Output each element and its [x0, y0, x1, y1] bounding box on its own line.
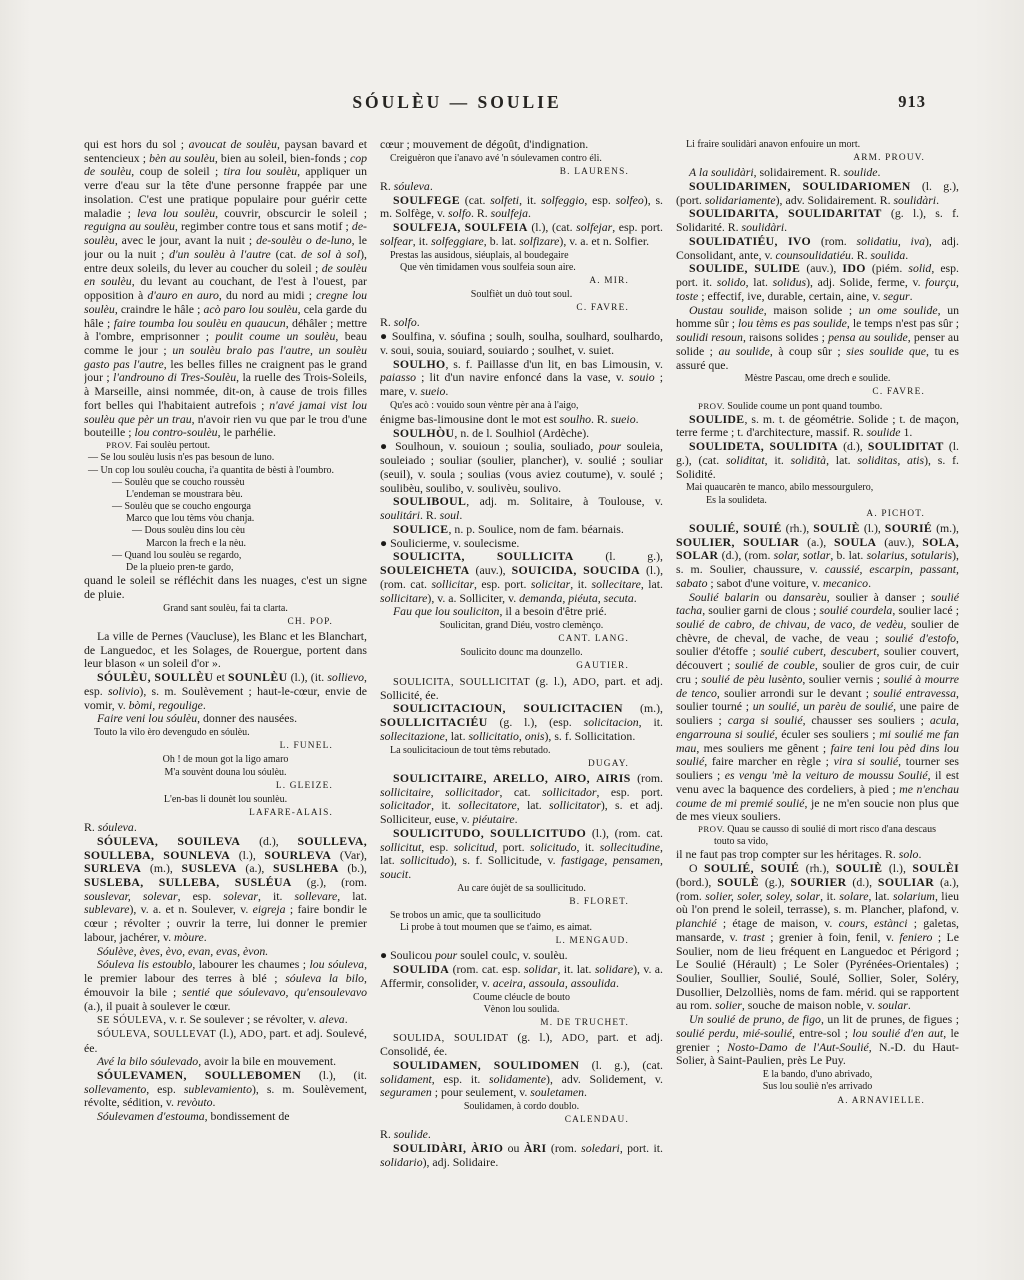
page-number: 913 — [898, 92, 926, 112]
attribution: A. PICHOT. — [676, 508, 959, 520]
paragraph: il ne faut pas trop compter sur les héri… — [676, 848, 959, 862]
paragraph: SOULFEGE (cat. solfeti, it. solfeggio, e… — [380, 194, 663, 221]
paragraph: Un soulié de pruno, de figo, un lit de p… — [676, 1013, 959, 1068]
paragraph: SOULICITA, SOULLICITA (l. g.), SOULEICHE… — [380, 550, 663, 605]
paragraph: Sóulevamen d'estouma, bondissement de — [84, 1110, 367, 1124]
paragraph: ● Soulicou pour soulel coulc, v. soulèu. — [380, 949, 663, 963]
attribution: L. FUNEL. — [84, 740, 367, 752]
paragraph: quand le soleil se réfléchit dans les nu… — [84, 574, 367, 601]
paragraph: — Soulèu que se coucho engourgaMarco que… — [112, 501, 367, 525]
attribution: B. LAURENS. — [380, 166, 663, 178]
attribution: M. DE TRUCHET. — [380, 1017, 663, 1029]
paragraph: SOULICITACIOUN, SOULICITACIEN (m.), SOUL… — [380, 702, 663, 743]
paragraph: Au care óujèt de sa soullicitudo. — [380, 883, 663, 895]
paragraph: SOULHÒU, n. de l. Soulhiol (Ardèche). — [380, 427, 663, 441]
attribution: GAUTIER. — [380, 660, 663, 672]
paragraph: O SOULIÉ, SOUIÉ (rh.), SOULIÈ (l.), SOUL… — [676, 862, 959, 1013]
paragraph: énigme bas-limousine dont le mot est sou… — [380, 413, 663, 427]
paragraph: Soulié balarin ou dansarèu, soulier à da… — [676, 591, 959, 824]
page-header: SÓULÈU — SOULIE 913 — [0, 0, 1024, 122]
column-2: cœur ; mouvement de dégoût, d'indignatio… — [380, 138, 663, 1278]
paragraph: — Un cop lou soulèu coucha, i'a quantita… — [88, 465, 367, 477]
paragraph: Sóulève, èves, èvo, evan, evas, èvon. — [84, 945, 367, 959]
paragraph: PROV. Fai soulèu pertout. — [106, 440, 367, 452]
paragraph: SOULHO, s. f. Paillasse d'un lit, en bas… — [380, 358, 663, 399]
paragraph: R. sóuleva. — [380, 180, 663, 194]
paragraph: SOULICITA, SOULLICITAT (g. l.), ADO, par… — [380, 675, 663, 703]
paragraph: R. solfo. — [380, 316, 663, 330]
paragraph: Sóuleva lis estoublo, labourer les chaum… — [84, 958, 367, 1013]
paragraph: Soulidamen, à cordo doublo. — [380, 1101, 663, 1113]
attribution: L. MENGAUD. — [380, 935, 663, 947]
attribution: LAFARE-ALAIS. — [84, 807, 367, 819]
paragraph: — Soulèu que se coucho roussèuL'endeman … — [112, 477, 367, 501]
paragraph: Mai quaucarèn te manco, abilo messourgul… — [686, 482, 959, 506]
paragraph: E la bando, d'uno abrivado,Sus lou soulì… — [676, 1069, 959, 1093]
column-1: qui est hors du sol ; avoucat de soulèu,… — [84, 138, 367, 1278]
paragraph: SOULIDATIÉU, IVO (rom. solidatiu, iva), … — [676, 235, 959, 262]
paragraph: SOULICE, n. p. Soulice, nom de fam. béar… — [380, 523, 663, 537]
column-3: Li fraire soulidàri anavon enfouire un m… — [676, 138, 959, 1278]
attribution: ARM. PROUV. — [676, 152, 959, 164]
paragraph: SÓULEVA, SOULLEVAT (l.), ADO, part. et a… — [84, 1027, 367, 1055]
paragraph: Faire veni lou sóulèu, donner des nausée… — [84, 712, 367, 726]
paragraph: Se trobos un amic, que ta soullicitudoLi… — [390, 910, 663, 934]
paragraph: — Se lou soulèu lusis n'es pas besoun de… — [88, 452, 367, 464]
paragraph: SOULIDARIMEN, SOULIDARIOMEN (l. g.), (po… — [676, 180, 959, 207]
paragraph: qui est hors du sol ; avoucat de soulèu,… — [84, 138, 367, 440]
paragraph: SOULIDÀRI, ÀRIO ou ÀRI (rom. soledari, p… — [380, 1142, 663, 1169]
paragraph: R. sóuleva. — [84, 821, 367, 835]
paragraph: Grand sant soulèu, fai ta clarta. — [84, 603, 367, 615]
paragraph: R. soulide. — [380, 1128, 663, 1142]
paragraph: Li fraire soulidàri anavon enfouire un m… — [686, 139, 959, 151]
paragraph: Fau que lou souliciton, il a besoin d'êt… — [380, 605, 663, 619]
paragraph: Soulicito dounc ma dounzello. — [380, 647, 663, 659]
paragraph: A la soulidàri, solidairement. R. soulid… — [676, 166, 959, 180]
paragraph: Oustau soulide, maison solide ; un ome s… — [676, 304, 959, 373]
paragraph: Soulfièt un duò tout soul. — [380, 289, 663, 301]
paragraph: La soulicitacioun de tout tèms rebutado. — [390, 745, 663, 757]
paragraph: SOULIDA, SOULIDAT (g. l.), ADO, part. et… — [380, 1031, 663, 1059]
paragraph: SOULIBOUL, adj. m. Solitaire, à Toulouse… — [380, 495, 663, 522]
paragraph: SÓULEVAMEN, SOULLEBOMEN (l.), (it. solle… — [84, 1069, 367, 1110]
attribution: DUGAY. — [380, 758, 663, 770]
paragraph: SOULIÉ, SOUIÉ (rh.), SOULIÈ (l.), SOURIÉ… — [676, 522, 959, 591]
attribution: A. MIR. — [380, 275, 663, 287]
attribution: CALENDAU. — [380, 1114, 663, 1126]
paragraph: — Quand lou soulèu se regardo,De la plue… — [112, 550, 367, 574]
paragraph: Coume cléucle de boutoVènon lou soulida. — [380, 992, 663, 1016]
attribution: A. ARNAVIELLE. — [676, 1095, 959, 1107]
paragraph: SOULIDA (rom. cat. esp. solidar, it. lat… — [380, 963, 663, 990]
paragraph: Qu'es acò : vouido soun vèntre pèr ana à… — [390, 400, 663, 412]
paragraph: Oh ! de moun got la ligo amaroM'a souvèn… — [84, 754, 367, 778]
dictionary-page: SÓULÈU — SOULIE 913 qui est hors du sol … — [0, 0, 1024, 1280]
paragraph: — Dous soulèu dins lou cèuMarcon la frec… — [132, 525, 367, 549]
paragraph: Prestas las ausidous, siéuplais, al boud… — [390, 250, 663, 274]
attribution: CH. POP. — [84, 616, 367, 628]
paragraph: cœur ; mouvement de dégoût, d'indignatio… — [380, 138, 663, 152]
paragraph: Soulicitan, grand Diéu, vostro clemènço. — [380, 620, 663, 632]
paragraph: ● Soulhoun, v. souioun ; soulia, souliad… — [380, 440, 663, 495]
attribution: C. FAVRE. — [676, 386, 959, 398]
paragraph: ● Soulicierme, v. soulecisme. — [380, 537, 663, 551]
paragraph: SOULIDARITA, SOULIDARITAT (g. l.), s. f.… — [676, 207, 959, 234]
paragraph: La ville de Pernes (Vaucluse), les Blanc… — [84, 630, 367, 671]
paragraph: SOULFEJA, SOULFEIA (l.), (cat. solfejar,… — [380, 221, 663, 248]
paragraph: Touto la vilo èro devengudo en sóulèu. — [94, 727, 367, 739]
paragraph: Creiguèron que i'anavo avé 'n sóulevamen… — [390, 153, 663, 165]
attribution: C. FAVRE. — [380, 302, 663, 314]
paragraph: SÓULEVA, SOUILEVA (d.), SOULLEVA, SOULLE… — [84, 835, 367, 945]
paragraph: SOULIDAMEN, SOULIDOMEN (l. g.), (cat. so… — [380, 1059, 663, 1100]
running-head: SÓULÈU — SOULIE — [0, 92, 914, 113]
paragraph: SOULIDE, SULIDE (auv.), IDO (piém. solid… — [676, 262, 959, 303]
paragraph: SÓULÈU, SOULLÈU et SOUNLÈU (l.), (it. so… — [84, 671, 367, 712]
text-columns: qui est hors du sol ; avoucat de soulèu,… — [0, 122, 1024, 1278]
paragraph: ● Soulfina, v. sóufina ; soulh, soulha, … — [380, 330, 663, 357]
paragraph: SOULIDE, s. m. t. de géométrie. Solide ;… — [676, 413, 959, 440]
paragraph: PROV. Quau se causso di soulié di mort r… — [698, 824, 959, 848]
paragraph: SOULICITUDO, SOULLICITUDO (l.), (rom. ca… — [380, 827, 663, 882]
attribution: CANT. LANG. — [380, 633, 663, 645]
attribution: B. FLORET. — [380, 896, 663, 908]
paragraph: L'en-bas li dounèt lou sounlèu. — [84, 794, 367, 806]
attribution: L. GLEIZE. — [84, 780, 367, 792]
paragraph: Avé la bilo sóulevado, avoir la bile en … — [84, 1055, 367, 1069]
paragraph: Mèstre Pascau, ome drech e soulide. — [676, 373, 959, 385]
paragraph: SOULICITAIRE, ARELLO, AIRO, AIRIS (rom. … — [380, 772, 663, 827]
paragraph: SOULIDETA, SOULIDITA (d.), SOULIDITAT (l… — [676, 440, 959, 481]
paragraph: SE SÓULEVA, v. r. Se soulever ; se révol… — [84, 1013, 367, 1027]
